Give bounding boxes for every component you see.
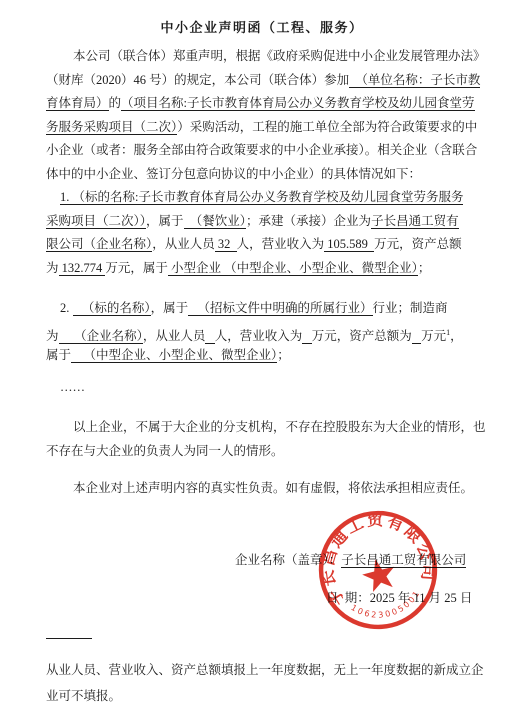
text-line: 务服务采购项目（二次））采购活动，工程的施工单位全部为符合政策要求的中 [46,116,480,140]
static-text: 属于 [46,348,71,362]
text-line: 属于 （中型企业、小型企业、微型企业）； [46,344,480,368]
fill-in-underlined-text [302,329,311,344]
document-title: 中小企业声明函（工程、服务） [0,17,524,36]
fill-in-underlined-text [412,329,421,344]
fill-in-underlined-text: 采购项目（二次）） [46,214,146,229]
text-line: 本企业对上述声明内容的真实性负责。如有虚假，将依法承担相应责任。 [46,477,480,501]
text-line: 不存在与大企业的负责人为同一人的情形。 [46,440,480,464]
static-text: 本企业对上述声明内容的真实性负责。如有虚假，将依法承担相应责任。 [73,481,473,495]
fill-in-underlined-text: 32 [215,237,237,252]
static-text: 行业；制造商 [373,301,448,315]
text-line: （财库（2020）46 号）的规定，本公司（联合体）参加 （单位名称：子长市教 [46,69,480,93]
fill-in-underlined-text: 132.774 [59,261,106,276]
paragraph-main-declaration: 本公司（联合体）郑重声明，根据《政府采购促进中小企业发展管理办法》（财库（202… [46,45,480,280]
ellipsis-line: …… [46,376,480,400]
static-text: ； [277,348,290,362]
static-text: 业可不填报。 [46,689,121,703]
static-text: ，属于 [151,301,189,315]
text-line: 以上企业，不属于大企业的分支机构，不存在控股股东为大企业的情形，也 [46,416,480,440]
static-text: ，从业人员 [152,237,215,251]
seal-star-icon [359,555,399,593]
static-text: ，属于 [146,214,184,228]
static-text: 人，营业收入为 [215,329,303,343]
footnote-text: 从业人员、营业收入、资产总额填报上一年度数据，无上一年度数据的新成立企业可不填报… [46,657,480,709]
text-line: 本公司（联合体）郑重声明，根据《政府采购促进中小企业发展管理办法》 [46,45,480,69]
text-line: 限公司（企业名称），从业人员 32 人，营业收入为 105.589 万元，资产总… [46,233,480,257]
fill-in-underlined-text: （招标文件中明确的所属行业） [188,301,372,316]
fill-in-underlined-text: （企业名称） [59,329,143,344]
fill-in-underlined-text: （单位名称：子长市教 [349,73,480,88]
static-text: 为 [46,329,59,343]
text-line: 小企业（或者：服务全部由符合政策要求的中小企业承接）。相关企业（含联合 [46,139,480,163]
fill-in-underlined-text: 子长昌通工贸有 [371,214,459,229]
static-text: 人，营业收入为 [237,237,325,251]
fill-in-underlined-text: 务服务采购项目（二次） [46,120,177,135]
footnote-separator-line [46,638,92,639]
paragraph-not-large-enterprise: 以上企业，不属于大企业的分支机构，不存在控股股东为大企业的情形，也不存在与大企业… [46,416,480,463]
fill-in-underlined-text: 限公司（企业名称） [46,237,152,252]
static-text: 不存在与大企业的负责人为同一人的情形。 [46,444,284,458]
static-text: …… [60,380,85,394]
fill-in-underlined-text: 1. （标的名称:子长市教育体育局公办义务教育学校及幼儿园食堂劳务服务 [60,190,463,205]
static-text: 万元，属于 [105,261,168,275]
text-line: 为 （企业名称），从业人员 人，营业收入为 万元，资产总额为 万元1， [46,321,480,345]
text-line: …… [46,376,480,400]
static-text: 2. [60,301,73,315]
static-text: ；承建（承接）企业为 [246,214,371,228]
static-text: 以上企业，不属于大企业的分支机构，不存在控股股东为大企业的情形，也 [73,420,486,434]
text-line: 为 132.774 万元，属于 小型企业 （中型企业、小型企业、微型企业）； [46,257,480,281]
text-line: 体中的中小企业、签订分包意向协议的中小企业）的具体情况如下： [46,163,480,187]
static-text: 为 [46,261,59,275]
fill-in-underlined-text: 育体育局） [46,96,109,111]
text-line: 育体育局）的（项目名称:子长市教育体育局公办义务教育学校及幼儿园食堂劳 [46,92,480,116]
static-text: 体中的中小企业、签订分包意向协议的中小企业）的具体情况如下： [46,167,421,181]
fill-in-underlined-text: （中型企业、小型企业、微型企业） [71,348,277,363]
declaration-document-page: 中小企业声明函（工程、服务） 本公司（联合体）郑重声明，根据《政府采购促进中小企… [0,0,524,720]
fill-in-underlined-text: 小型企业 （中型企业、小型企业、微型企业） [168,261,418,276]
static-text: 小企业（或者：服务全部由符合政策要求的中小企业承接）。相关企业（含联合 [46,143,477,157]
company-seal-stamp-icon: 子长昌通工贸有限公司 6106230050019 [317,509,439,631]
paragraph-item-2-template: 2. （标的名称），属于 （招标文件中明确的所属行业）行业；制造商为 （企业名称… [46,297,480,368]
fill-in-underlined-text: （餐饮业） [184,214,247,229]
paragraph-responsibility: 本企业对上述声明内容的真实性负责。如有虚假，将依法承担相应责任。 [46,477,480,501]
static-text: 万元 [421,329,446,343]
static-text: 从业人员、营业收入、资产总额填报上一年度数据，无上一年度数据的新成立企 [46,663,484,677]
text-line: 采购项目（二次）），属于 （餐饮业）；承建（承接）企业为子长昌通工贸有 [46,210,480,234]
static-text: ， [450,329,463,343]
static-text: ）采购活动，工程的施工单位全部为符合政策要求的中 [177,120,477,134]
seal-company-text: 子长昌通工贸有限公司 [317,509,439,611]
fill-in-underlined-text [205,329,214,344]
fill-in-underlined-text: （标的名称） [73,301,151,316]
text-line: 1. （标的名称:子长市教育体育局公办义务教育学校及幼儿园食堂劳务服务 [46,186,480,210]
static-text: 万元，资产总额 [374,237,462,251]
text-line: 2. （标的名称），属于 （招标文件中明确的所属行业）行业；制造商 [46,297,480,321]
fill-in-underlined-text: （项目名称:子长市教育体育局公办义务教育学校及幼儿园食堂劳 [121,96,474,111]
text-line: 从业人员、营业收入、资产总额填报上一年度数据，无上一年度数据的新成立企 [46,657,480,683]
static-text: （财库（2020）46 号）的规定，本公司（联合体）参加 [46,73,349,87]
fill-in-underlined-text: 105.589 [324,237,374,252]
static-text: ，从业人员 [143,329,206,343]
text-line: 业可不填报。 [46,683,480,709]
static-text: 本公司（联合体）郑重声明，根据《政府采购促进中小企业发展管理办法》 [73,49,486,63]
static-text: 的 [109,96,122,110]
static-text: ； [418,261,431,275]
static-text: 万元，资产总额为 [312,329,412,343]
